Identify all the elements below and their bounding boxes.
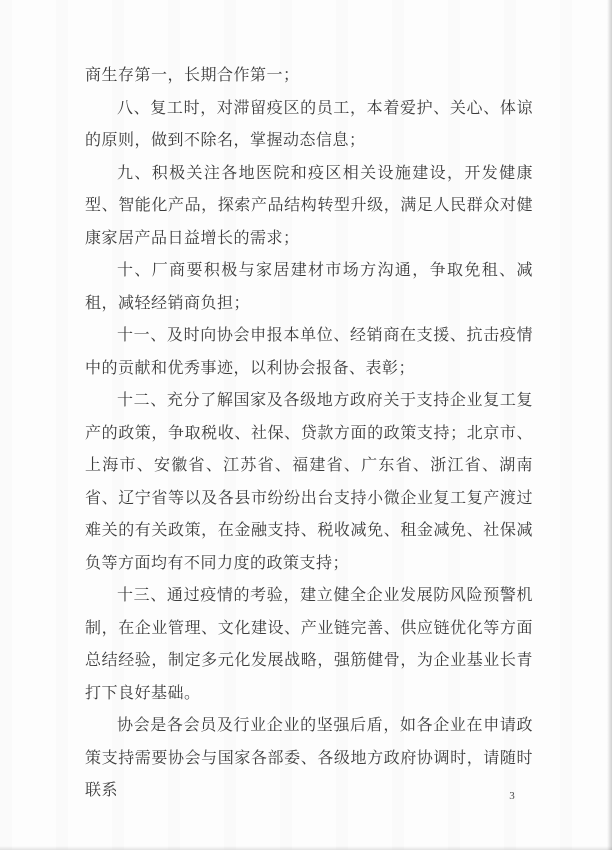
paragraph-item-12: 十二、充分了解国家及各级地方政府关于支持企业复工复产的政策，争取税收、社保、贷款… <box>85 385 533 580</box>
paragraph-item-9: 九、积极关注各地医院和疫区相关设施建设，开发健康型、智能化产品，探索产品结构转型… <box>85 158 533 256</box>
paragraph-item-13: 十三、通过疫情的考验，建立健全企业发展防风险预警机制，在企业管理、文化建设、产业… <box>85 580 533 710</box>
paragraph-closing: 协会是各会员及行业企业的坚强后盾，如各企业在申请政策支持需要协会与国家各部委、各… <box>85 710 533 808</box>
page-number: 3 <box>502 790 522 802</box>
paragraph-continuation: 商生存第一，长期合作第一； <box>85 60 533 93</box>
paragraph-item-11: 十一、及时向协会申报本单位、经销商在支援、抗击疫情中的贡献和优秀事迹，以利协会报… <box>85 320 533 385</box>
document-body: 商生存第一，长期合作第一； 八、复工时，对滞留疫区的员工，本着爱护、关心、体谅的… <box>85 60 533 808</box>
paragraph-item-8: 八、复工时，对滞留疫区的员工，本着爱护、关心、体谅的原则，做到不除名，掌握动态信… <box>85 93 533 158</box>
scan-edge-bottom-shadow <box>0 846 612 850</box>
document-page: 商生存第一，长期合作第一； 八、复工时，对滞留疫区的员工，本着爱护、关心、体谅的… <box>0 0 612 850</box>
paragraph-item-10: 十、厂商要积极与家居建材市场方沟通，争取免租、减租，减轻经销商负担； <box>85 255 533 320</box>
scan-edge-right-shadow <box>607 0 612 850</box>
